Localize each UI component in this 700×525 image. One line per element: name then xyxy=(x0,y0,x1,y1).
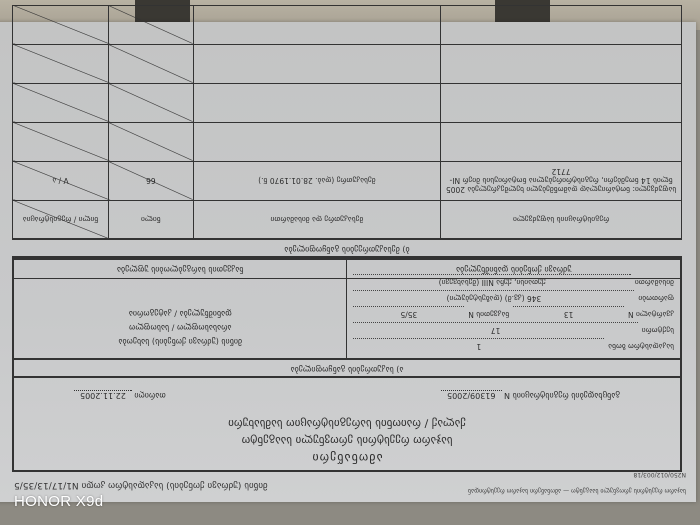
row-owner xyxy=(193,123,441,162)
field-label: კვარტალი N xyxy=(628,306,674,322)
application-field: განცხადების რეგისტრაციის N 61309/2005 xyxy=(441,391,620,400)
table-row xyxy=(13,6,682,45)
row-owner xyxy=(193,45,441,84)
row-basis: საფუძველი: ნოტარიულად დამოწმებული ხელშეკ… xyxy=(441,162,682,201)
field-value: 35/5 xyxy=(353,306,464,322)
date-value: 22.11.2005 xyxy=(74,390,132,400)
land-type-column: მიწის (უძრავი ქონების) სახეობა არასასოფლ… xyxy=(14,260,347,358)
application-meta: განცხადების რეგისტრაციის N 61309/2005 თა… xyxy=(74,391,620,400)
right-column-head: ნაკვეთის სარგებლობის უფლება xyxy=(14,260,347,279)
field-value: 17 xyxy=(354,322,638,338)
row-owner: მესაკუთრე (დაბ. 28.01.1970 წ.) xyxy=(193,162,441,201)
row-share xyxy=(109,6,194,45)
application-number: 61309/2005 xyxy=(441,390,502,400)
header-share: წილი xyxy=(109,201,194,240)
main-frame: ამონაწერი საჯარო რეესტრის ეროვნული სააგე… xyxy=(12,258,682,472)
field-value: 1 xyxy=(354,338,605,354)
land-type-line: არასასოფლო / სასოფლო xyxy=(14,320,347,334)
row-share xyxy=(109,45,194,84)
title-line-3: ქალაქ / რაიონის სარეგისტრაციო სამსახური xyxy=(14,415,680,432)
field-label: ნაკვეთის N xyxy=(468,306,509,322)
cadastral-code-block: მიწის (უძრავი ქონების) საკადასტრო კოდი N… xyxy=(14,480,268,490)
row-owner xyxy=(193,84,441,123)
date-field: თარიღი 22.11.2005 xyxy=(74,391,166,400)
row-corner xyxy=(13,84,109,123)
field-sector: სექტორი17 xyxy=(354,322,675,338)
table-row xyxy=(13,123,682,162)
owners-header-row: რეგისტრაციის საფუძველი მესაკუთრე და მისა… xyxy=(13,201,682,240)
land-type-line: მიწის (უძრავი ქონების) სახეობა xyxy=(14,334,347,348)
field-area: ფართობი346 (კვ.მ) (დაზუსტებული) xyxy=(354,290,675,306)
document-paper: საჯარო რეესტრის ეროვნული სააგენტო — ამონ… xyxy=(0,22,696,502)
field-label: სექტორი xyxy=(642,322,674,338)
title-line-2: საჯარო რეესტრის ეროვნული სააგენტო xyxy=(14,432,680,449)
property-fields: საკადასტრო ზონა1 სექტორი17 კვარტალი N13ნ… xyxy=(347,260,681,358)
application-label: განცხადების რეგისტრაციის N xyxy=(504,391,620,400)
header-owner: მესაკუთრე და მისამართი xyxy=(193,201,441,240)
row-basis xyxy=(441,84,682,123)
row-corner xyxy=(13,45,109,84)
document-title: ამონაწერი საჯარო რეესტრის ეროვნული სააგე… xyxy=(14,415,680,466)
section-a-title: ა) საკუთრების განყოფილება xyxy=(14,358,680,378)
header-corner: წილი / რეგისტრაცია xyxy=(13,201,109,240)
row-share xyxy=(109,123,194,162)
row-owner xyxy=(193,6,441,45)
land-type-line: დანიშნულება / კატეგორია xyxy=(14,306,347,320)
owners-table: რეგისტრაციის საფუძველი მესაკუთრე და მისა… xyxy=(12,5,682,240)
row-share: 66 xyxy=(109,162,194,201)
registry-number: N250/012/003/18 xyxy=(633,471,686,478)
left-column-head: უძრავი ქონების დანიშნულება xyxy=(348,260,681,279)
row-basis xyxy=(441,45,682,84)
field-label: ფართობი xyxy=(638,290,674,306)
camera-watermark: HONOR X9d xyxy=(14,493,103,510)
table-row xyxy=(13,84,682,123)
row-basis xyxy=(441,6,682,45)
cadastral-code: N1/17/13/35/5 xyxy=(14,480,79,490)
field-label: საკადასტრო ზონა xyxy=(608,338,674,354)
header-small-text: საჯარო რეესტრის ეროვნული სააგენტო — ამონ… xyxy=(246,486,686,494)
row-corner xyxy=(13,6,109,45)
table-row: საფუძველი: ნოტარიულად დამოწმებული ხელშეკ… xyxy=(13,162,682,201)
section-a-grid: საკადასტრო ზონა1 სექტორი17 კვარტალი N13ნ… xyxy=(14,260,680,358)
field-value: 346 (კვ.მ) (დაზუსტებული) xyxy=(354,290,635,306)
cadastral-code-label: მიწის (უძრავი ქონების) საკადასტრო კოდი xyxy=(82,480,268,490)
date-label: თარიღი xyxy=(134,391,165,400)
table-row xyxy=(13,45,682,84)
row-corner: V / ა xyxy=(13,162,109,201)
row-share xyxy=(109,84,194,123)
row-corner xyxy=(13,123,109,162)
section-b-title: ბ) მესაკუთრეების განყოფილება xyxy=(12,238,682,258)
row-basis xyxy=(441,123,682,162)
field-value: 13 xyxy=(513,306,624,322)
field-quarter: კვარტალი N13ნაკვეთის N35/5 xyxy=(354,306,675,322)
header-basis: რეგისტრაციის საფუძველი xyxy=(441,201,682,240)
land-type-text: მიწის (უძრავი ქონების) სახეობა არასასოფლ… xyxy=(14,306,347,348)
field-zone: საკადასტრო ზონა1 xyxy=(354,338,675,354)
title-line-1: ამონაწერი xyxy=(14,449,680,466)
